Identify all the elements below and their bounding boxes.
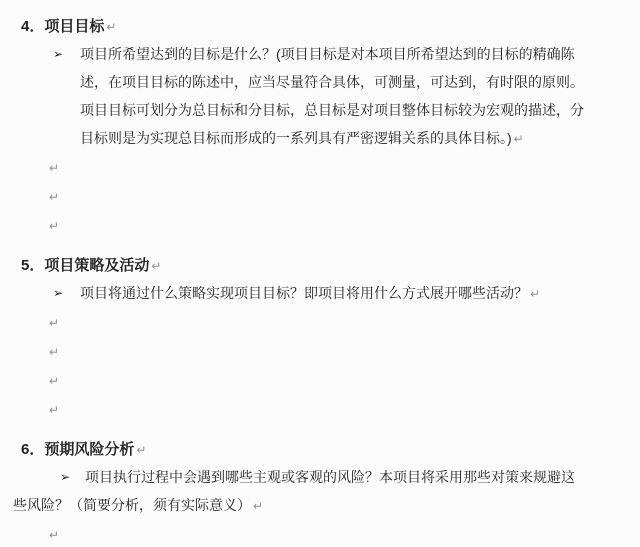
goal-paragraph-line: 项目目标可划分为总目标和分目标，总目标是对项目整体目标较为宏观的描述，分: [80, 96, 640, 124]
paragraph-mark-icon: ↵: [514, 132, 524, 146]
goal-paragraph-line: 述，在项目目标的陈述中，应当尽量符合具体，可测量，可达到，有时限的原则。: [80, 68, 640, 96]
paragraph-mark-icon: ↵: [136, 443, 146, 457]
goal-line-2-text: 述，在项目目标的陈述中，应当尽量符合具体，可测量，可达到，有时限的原则。: [80, 74, 584, 90]
section-heading-4-text: 4．项目目标: [21, 18, 104, 35]
paragraph-mark-icon: ↵: [49, 161, 59, 175]
goal-paragraph-line: 目标则是为实现总目标而形成的一系列具有严密逻辑关系的具体目标。)↵: [80, 124, 640, 153]
risk-paragraph-line: 些风险？（简要分析，须有实际意义）↵: [13, 491, 640, 520]
goal-line-4-text: 目标则是为实现总目标而形成的一系列具有严密逻辑关系的具体目标。): [80, 130, 512, 146]
paragraph-mark-icon: ↵: [253, 499, 263, 513]
goal-line-3-text: 项目目标可划分为总目标和分目标，总目标是对项目整体目标较为宏观的描述，分: [80, 102, 584, 118]
paragraph-mark-icon: ↵: [106, 20, 116, 34]
section-heading-6: 6．预期风险分析↵: [21, 437, 640, 463]
strategy-paragraph-line: 项目将通过什么策略实现项目目标？即项目将用什么方式展开哪些活动？↵: [80, 279, 640, 308]
paragraph-mark-icon: ↵: [49, 345, 59, 359]
paragraph-mark-icon: ↵: [49, 403, 59, 417]
section-heading-5: 5．项目策略及活动↵: [21, 253, 640, 279]
empty-paragraph: ↵: [49, 182, 640, 211]
empty-paragraph: ↵: [49, 520, 640, 547]
paragraph-mark-icon: ↵: [49, 528, 59, 542]
empty-paragraph: ↵: [49, 308, 640, 337]
strategy-line-1-text: 项目将通过什么策略实现项目目标？即项目将用什么方式展开哪些活动？: [80, 285, 528, 301]
document-page: 4．项目目标↵ ➢ 项目所希望达到的目标是什么？(项目目标是对本项目所希望达到的…: [0, 0, 640, 547]
project-goal-paragraph: ➢ 项目所希望达到的目标是什么？(项目目标是对本项目所希望达到的目标的精确陈 述…: [0, 40, 640, 153]
empty-paragraph: ↵: [49, 366, 640, 395]
empty-paragraph: ↵: [49, 211, 640, 240]
arrow-bullet-icon: ➢: [60, 463, 70, 491]
paragraph-mark-icon: ↵: [49, 316, 59, 330]
paragraph-mark-icon: ↵: [49, 374, 59, 388]
empty-paragraph: ↵: [49, 337, 640, 366]
paragraph-mark-icon: ↵: [530, 287, 540, 301]
empty-paragraph: ↵: [49, 395, 640, 424]
risk-question-paragraph: ➢ 项目执行过程中会遇到哪些主观或客观的风险？本项目将采用那些对策来规避这 些风…: [0, 463, 640, 520]
arrow-bullet-icon: ➢: [53, 40, 63, 68]
paragraph-mark-icon: ↵: [151, 259, 161, 273]
section-heading-5-text: 5．项目策略及活动: [21, 257, 149, 274]
risk-line-2-text: 些风险？（简要分析，须有实际意义）: [13, 497, 251, 513]
section-heading-6-text: 6．预期风险分析: [21, 441, 134, 458]
section-heading-4: 4．项目目标↵: [21, 14, 640, 40]
paragraph-mark-icon: ↵: [49, 219, 59, 233]
goal-paragraph-line: 项目所希望达到的目标是什么？(项目目标是对本项目所希望达到的目标的精确陈: [80, 40, 640, 68]
empty-paragraph: ↵: [49, 153, 640, 182]
risk-line-1-text: 项目执行过程中会遇到哪些主观或客观的风险？本项目将采用那些对策来规避这: [85, 469, 575, 485]
paragraph-mark-icon: ↵: [49, 190, 59, 204]
arrow-bullet-icon: ➢: [53, 279, 63, 307]
goal-line-1-text: 项目所希望达到的目标是什么？(项目目标是对本项目所希望达到的目标的精确陈: [80, 46, 575, 62]
risk-paragraph-line: 项目执行过程中会遇到哪些主观或客观的风险？本项目将采用那些对策来规避这: [85, 463, 640, 491]
strategy-question-paragraph: ➢ 项目将通过什么策略实现项目目标？即项目将用什么方式展开哪些活动？↵: [0, 279, 640, 308]
